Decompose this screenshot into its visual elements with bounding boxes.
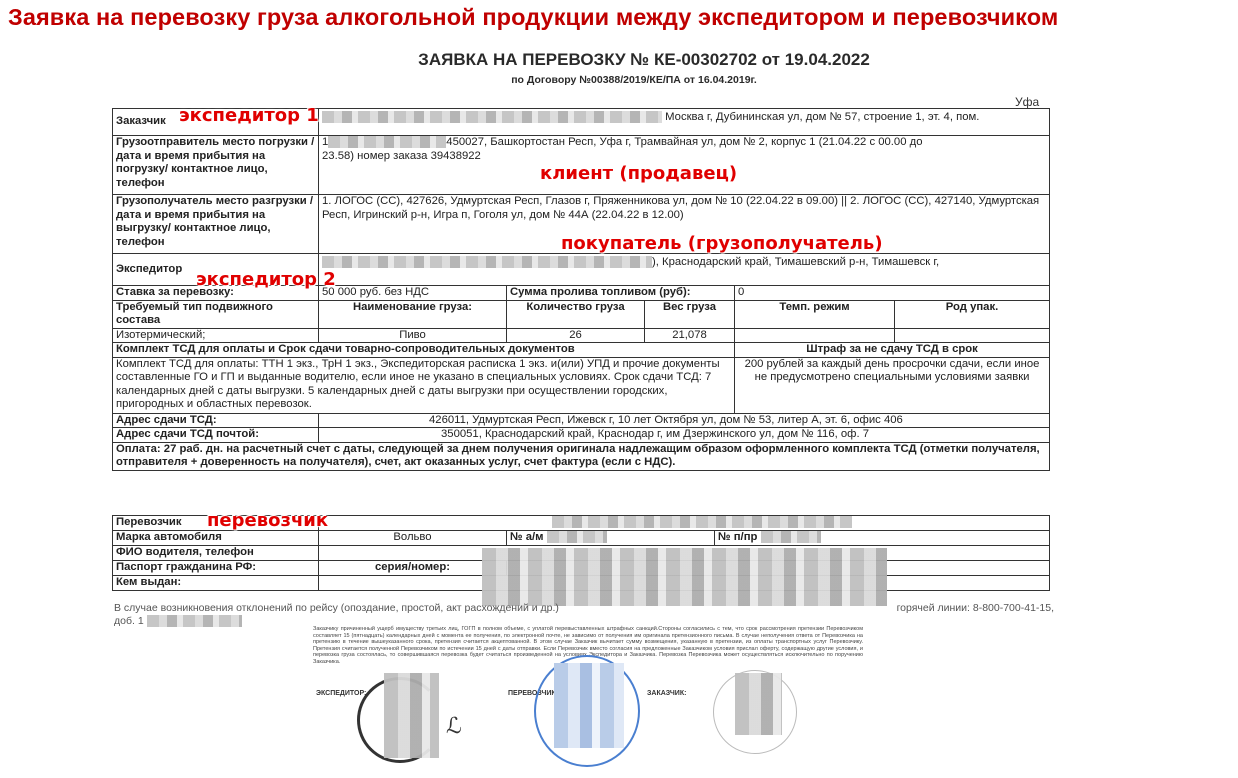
passport-series-label: серия/номер: xyxy=(319,561,507,576)
car-brand-label: Марка автомобиля xyxy=(113,531,319,546)
car-brand-value: Вольво xyxy=(319,531,507,546)
temp-mode-value xyxy=(735,328,895,343)
row-cargo: Изотермический; Пиво 26 21,078 xyxy=(113,328,1050,343)
issued-by-label: Кем выдан: xyxy=(113,576,319,591)
annotation-customer: экспедитор 1 xyxy=(179,105,319,126)
packaging-header: Род упак. xyxy=(895,300,1050,328)
extension-text: доб. 1 xyxy=(114,615,144,627)
annotation-forwarder: экспедитор 2 xyxy=(196,269,336,290)
plate-label: № а/м xyxy=(510,531,544,543)
row-tsd-address: Адрес сдачи ТСД: 426011, Удмуртская Респ… xyxy=(113,413,1050,428)
fuel-value: 0 xyxy=(735,286,1050,301)
redacted-block xyxy=(384,673,439,758)
cargo-weight-header: Вес груза xyxy=(645,300,735,328)
row-docs: Комплект ТСД для оплаты: ТТН 1 экз., ТрН… xyxy=(113,357,1050,413)
packaging-value xyxy=(895,328,1050,343)
hotline-text: горячей линии: 8-800-700-41-15, xyxy=(897,602,1054,615)
docs-text: Комплект ТСД для оплаты: ТТН 1 экз., ТрН… xyxy=(113,357,735,413)
docs-header: Комплект ТСД для оплаты и Срок сдачи тов… xyxy=(113,343,735,358)
annotation-shipper: клиент (продавец) xyxy=(540,163,737,184)
annotation-consignee: покупатель (грузополучатель) xyxy=(561,233,883,254)
row-tsd-post: Адрес сдачи ТСД почтой: 350051, Краснода… xyxy=(113,428,1050,443)
plate-cell: № а/м xyxy=(507,531,715,546)
driver-label: ФИО водителя, телефон xyxy=(113,546,319,561)
trailer-label: № п/пр xyxy=(718,531,757,543)
vehicle-type-header: Требуемый тип подвижного состава xyxy=(113,300,319,328)
forwarder-value: ), Краснодарский край, Тимашевский р-н, … xyxy=(319,254,1050,286)
redacted-block xyxy=(547,531,607,543)
tsd-address-label: Адрес сдачи ТСД: xyxy=(113,413,319,428)
cargo-quantity-header: Количество груза xyxy=(507,300,645,328)
tsd-post-label: Адрес сдачи ТСД почтой: xyxy=(113,428,319,443)
redacted-block xyxy=(322,256,652,268)
page-headline: Заявка на перевозку груза алкогольной пр… xyxy=(8,4,1238,31)
redacted-block xyxy=(761,531,821,543)
shipper-address: 450027, Башкортостан Респ, Уфа г, Трамва… xyxy=(446,136,922,148)
row-docs-header: Комплект ТСД для оплаты и Срок сдачи тов… xyxy=(113,343,1050,358)
rate-value: 50 000 руб. без НДС xyxy=(319,286,507,301)
footnote-text: В случае возникновения отклонений по рей… xyxy=(114,602,559,614)
row-cargo-headers: Требуемый тип подвижного состава Наимено… xyxy=(113,300,1050,328)
redacted-block xyxy=(322,111,662,123)
trailer-cell: № п/пр xyxy=(715,531,1050,546)
carrier-value xyxy=(319,516,1050,531)
fuel-label: Сумма пролива топливом (руб): xyxy=(507,286,735,301)
penalty-header: Штраф за не сдачу ТСД в срок xyxy=(735,343,1050,358)
passport-label: Паспорт гражданина РФ: xyxy=(113,561,319,576)
penalty-text: 200 рублей за каждый день просрочки сдач… xyxy=(735,357,1050,413)
customer-value: Москва г, Дубининская ул, дом № 57, стро… xyxy=(319,109,1050,136)
temp-mode-header: Темп. режим xyxy=(735,300,895,328)
document-title: ЗАЯВКА НА ПЕРЕВОЗКУ № КЕ-00302702 от 19.… xyxy=(0,50,1238,70)
shipper-label: Грузоотправитель место погрузки / дата и… xyxy=(113,136,319,195)
cargo-weight-value: 21,078 xyxy=(645,328,735,343)
cargo-quantity-value: 26 xyxy=(507,328,645,343)
redacted-block xyxy=(554,663,624,748)
city: Уфа xyxy=(1015,95,1039,109)
forwarder-address: ), Краснодарский край, Тимашевский р-н, … xyxy=(652,256,939,268)
signature-forwarder-label: ЭКСПЕДИТОР: xyxy=(316,690,366,697)
tsd-address-value: 426011, Удмуртская Респ, Ижевск г, 10 ле… xyxy=(319,413,1050,428)
redacted-block xyxy=(147,615,242,627)
tsd-post-value: 350051, Краснодарский край, Краснодар г,… xyxy=(319,428,1050,443)
redacted-block xyxy=(482,548,887,606)
payment-terms: Оплата: 27 раб. дн. на расчетный счет с … xyxy=(113,442,1050,470)
consignee-label: Грузополучатель место разгрузки / дата и… xyxy=(113,195,319,254)
redacted-block xyxy=(735,673,782,735)
redacted-block xyxy=(328,136,446,148)
customer-address: Москва г, Дубининская ул, дом № 57, стро… xyxy=(665,111,979,123)
redacted-block xyxy=(552,516,852,528)
cargo-name-header: Наименование груза: xyxy=(319,300,507,328)
row-car: Марка автомобиля Вольво № а/м № п/пр xyxy=(113,531,1050,546)
shipper-order-number: 23.58) номер заказа 39438922 xyxy=(322,150,1046,164)
signature-customer-label: ЗАКАЗЧИК: xyxy=(647,690,686,697)
vehicle-type-value: Изотермический; xyxy=(113,328,319,343)
cargo-name-value: Пиво xyxy=(319,328,507,343)
contract-reference: по Договору №00388/2019/КЕ/ПА от 16.04.2… xyxy=(0,74,1238,86)
annotation-carrier: перевозчик xyxy=(207,510,328,531)
signature-mark: ℒ xyxy=(446,714,462,739)
row-payment: Оплата: 27 раб. дн. на расчетный счет с … xyxy=(113,442,1050,470)
footnote: В случае возникновения отклонений по рей… xyxy=(114,602,1054,628)
